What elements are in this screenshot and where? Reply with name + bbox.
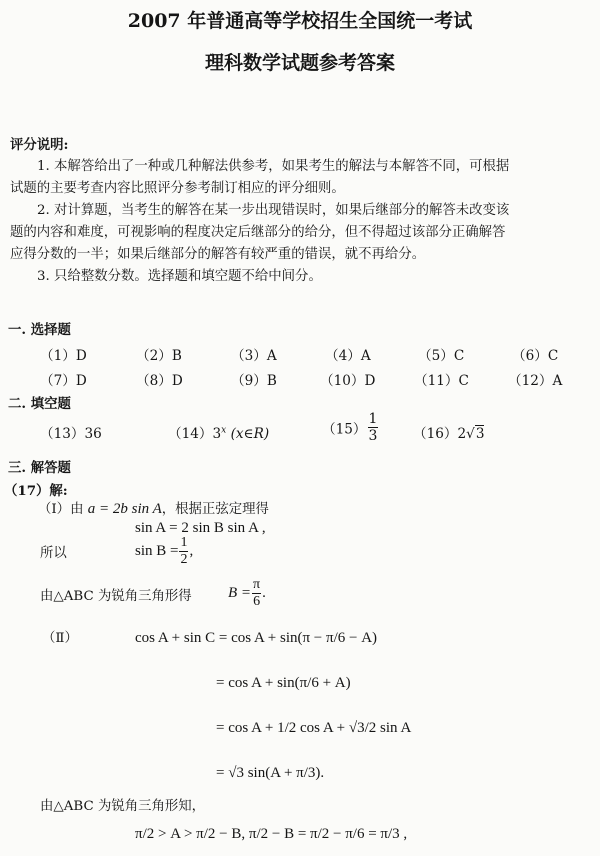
mc-answer-11: （11）C bbox=[414, 369, 469, 389]
fill-answer-14: （14）3x (x∈R) bbox=[168, 422, 269, 442]
section-fill-blank-heading: 二. 填空题 bbox=[8, 393, 71, 412]
grading-note-3: 3. 只给整数分数。选择题和填空题不给中间分。 bbox=[37, 266, 322, 288]
grading-note-1-line2: 试题的主要考查内容比照评分参考制订相应的评分细则。 bbox=[10, 178, 345, 200]
grading-note-2-line2: 题的内容和难度，可视影响的程度决定后继部分的给分，但不得超过该部分正确解答 bbox=[10, 222, 505, 244]
part1-equation-2: sin B =12, bbox=[135, 536, 193, 567]
mc-answer-7: （7）D bbox=[40, 369, 87, 389]
part2-line-4: = √3 sin(A + π/3). bbox=[216, 765, 324, 782]
mc-answer-1: （1）D bbox=[40, 344, 87, 364]
section-multiple-choice-heading: 一. 选择题 bbox=[8, 319, 71, 338]
mc-answer-12: （12）A bbox=[508, 369, 562, 389]
part2-line-5: π/2 > A > π/2 − B, π/2 − B = π/2 − π/6 =… bbox=[135, 826, 407, 843]
mc-answer-5: （5）C bbox=[418, 344, 464, 364]
part1-so-label: 所以 bbox=[40, 543, 67, 565]
mc-answer-3: （3）A bbox=[231, 344, 277, 364]
problem-17-label: （17）解: bbox=[4, 480, 68, 499]
grading-note-1-line1: 1. 本解答给出了一种或几种解法供参考，如果考生的解法与本解答不同，可根据 bbox=[37, 156, 509, 178]
mc-answer-2: （2）B bbox=[136, 344, 182, 364]
mc-answer-10: （10）D bbox=[320, 369, 375, 389]
section-solutions-heading: 三. 解答题 bbox=[8, 457, 71, 476]
document-subtitle: 理科数学试题参考答案 bbox=[0, 48, 600, 75]
mc-answer-4: （4）A bbox=[325, 344, 371, 364]
grading-note-2-line3: 应得分数的一半；如果后继部分的解答有较严重的错误，就不再给分。 bbox=[10, 244, 425, 266]
fill-answer-16: （16）2√3 bbox=[413, 422, 484, 442]
mc-answer-6: （6）C bbox=[512, 344, 558, 364]
fill-answer-13: （13）36 bbox=[40, 422, 102, 442]
part1-conclusion: 由△ABC 为锐角三角形得 bbox=[40, 586, 192, 608]
mc-answer-9: （9）B bbox=[231, 369, 277, 389]
part2-label: （Ⅱ） bbox=[42, 628, 78, 650]
part2-line-3: = cos A + 1/2 cos A + √3/2 sin A bbox=[216, 720, 411, 737]
part1-conclusion-equation: B =π6. bbox=[228, 578, 266, 609]
mc-answer-8: （8）D bbox=[136, 369, 183, 389]
part2-line-2: = cos A + sin(π/6 + A) bbox=[216, 675, 351, 692]
fill-answer-15: （15）13 bbox=[322, 412, 379, 443]
grading-notes-heading: 评分说明: bbox=[10, 134, 69, 156]
part1-equation-1: sin A = 2 sin B sin A , bbox=[135, 520, 266, 537]
document-title: 2007 年普通高等学校招生全国统一考试 bbox=[0, 6, 600, 33]
grading-note-2-line1: 2. 对计算题，当考生的解答在某一步出现错误时，如果后继部分的解答未改变该 bbox=[37, 200, 509, 222]
part1-intro: （Ⅰ）由 a = 2b sin A，根据正弦定理得 bbox=[38, 498, 269, 521]
part2-note: 由△ABC 为锐角三角形知， bbox=[40, 796, 205, 818]
part2-line-1: cos A + sin C = cos A + sin(π − π/6 − A) bbox=[135, 630, 377, 647]
